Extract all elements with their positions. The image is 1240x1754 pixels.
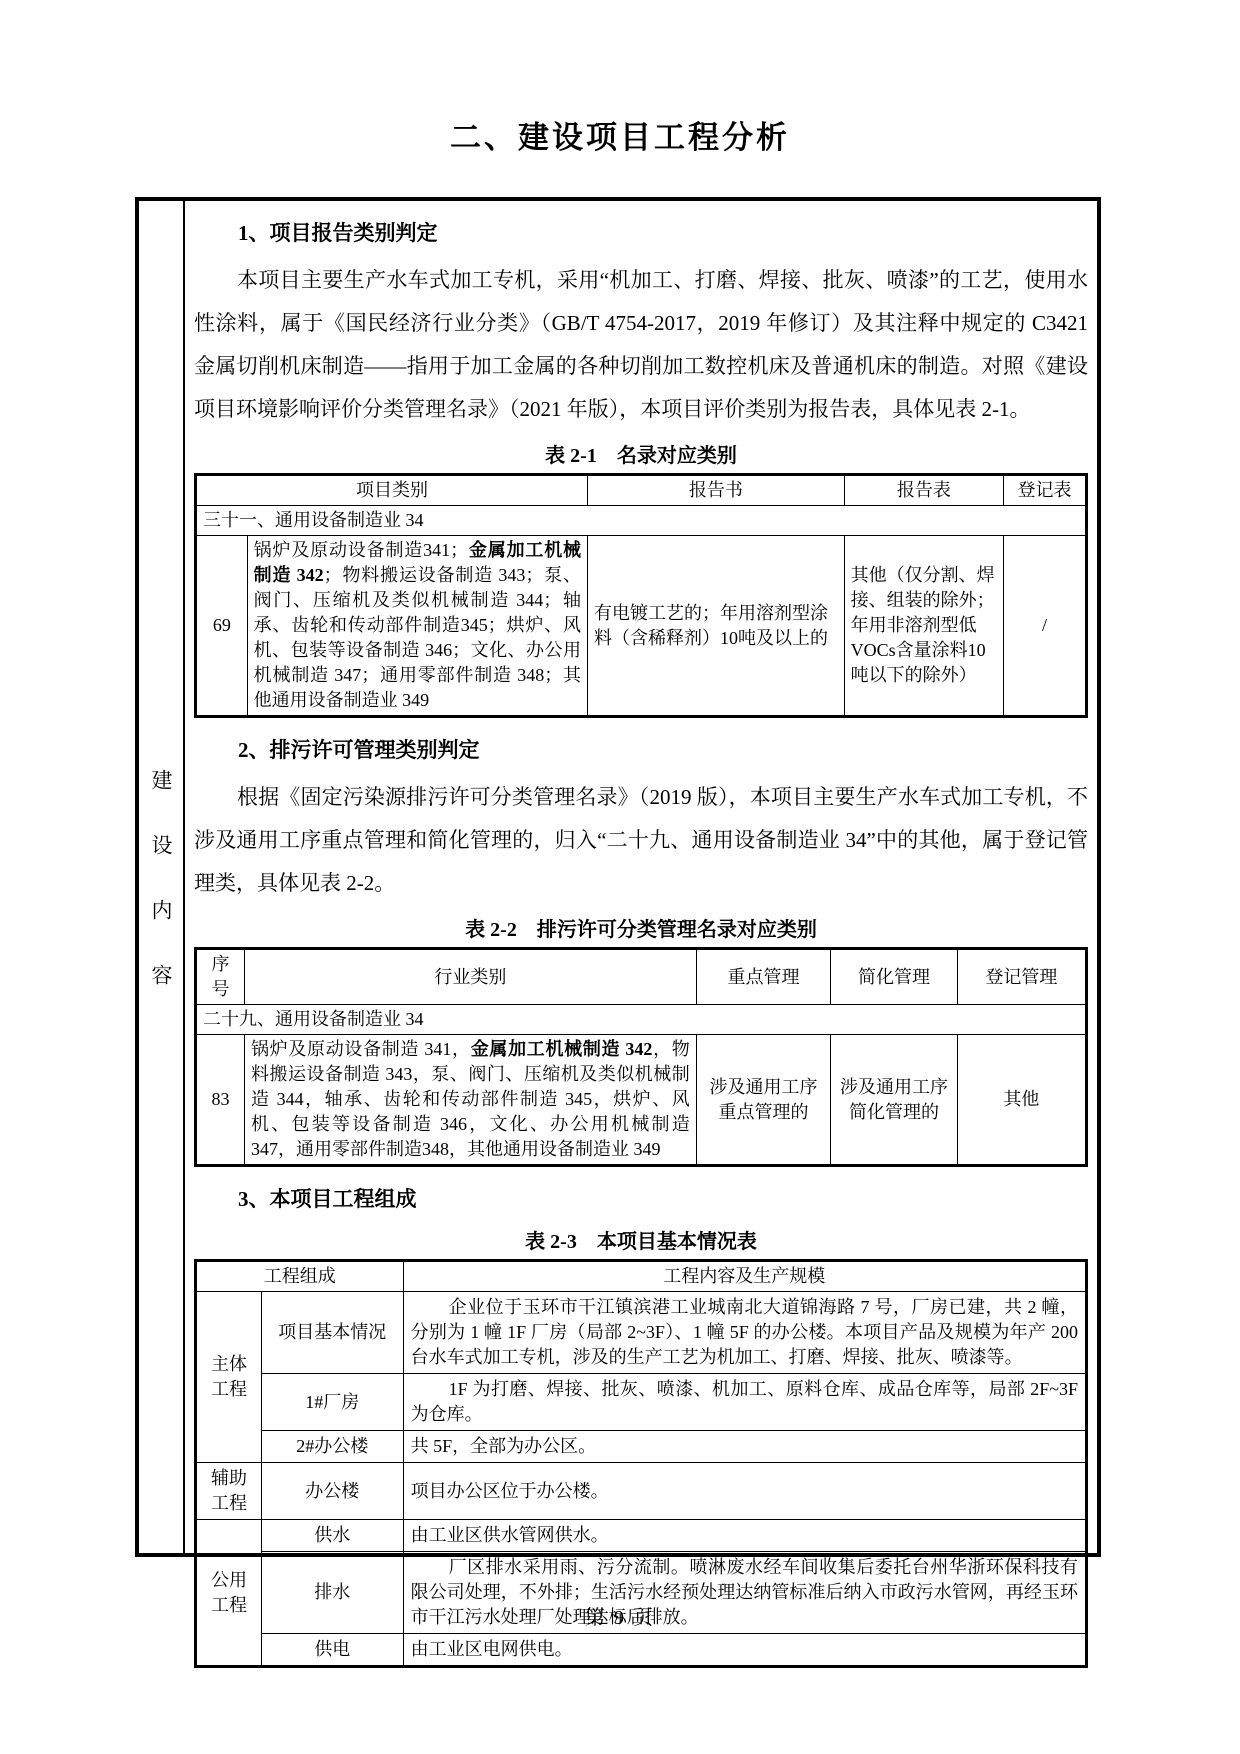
section3-heading: 3、本项目工程组成 — [194, 1183, 1088, 1213]
content-box: 建设内容 1、项目报告类别判定 本项目主要生产水车式加工专机，采用“机加工、打磨… — [135, 197, 1101, 1557]
sidebar-label: 建设内容 — [146, 769, 176, 1029]
document-page: 二、建设项目工程分析 建设内容 1、项目报告类别判定 本项目主要生产水车式加工专… — [0, 0, 1240, 1754]
table23-group-auxiliary-works: 辅助工程 — [196, 1463, 262, 1520]
section2-heading: 2、排污许可管理类别判定 — [194, 734, 1088, 764]
table23-label-office-2: 2#办公楼 — [261, 1431, 403, 1463]
table23-label-office: 办公楼 — [261, 1463, 403, 1520]
table23-header-content: 工程内容及生产规模 — [403, 1261, 1086, 1292]
table-row: 二十九、通用设备制造业 34 — [196, 1005, 1087, 1035]
section1-paragraph: 本项目主要生产水车式加工专机，采用“机加工、打磨、焊接、批灰、喷漆”的工艺，使用… — [194, 259, 1088, 431]
table21-header-report-book: 报告书 — [588, 475, 845, 506]
table22-header-key-mgmt: 重点管理 — [696, 949, 831, 1005]
sidebar-label-column: 建设内容 — [139, 201, 185, 1553]
page-title: 二、建设项目工程分析 — [0, 112, 1240, 157]
table-row: 三十一、通用设备制造业 34 — [196, 506, 1087, 536]
table21-row-registration-form: / — [1004, 536, 1087, 717]
table22-row-industry: 锅炉及原动设备制造 341，金属加工机械制造 342，物料搬运设备制造 343，… — [245, 1035, 697, 1166]
table22-row-key-mgmt: 涉及通用工序重点管理的 — [696, 1035, 831, 1166]
table23-content-power-supply: 由工业区电网供电。 — [403, 1634, 1086, 1667]
table-row: 83 锅炉及原动设备制造 341，金属加工机械制造 342，物料搬运设备制造 3… — [196, 1035, 1087, 1166]
table-row: 1#厂房 1F 为打磨、焊接、批灰、喷漆、机加工、原料仓库、成品仓库等，局部 2… — [196, 1374, 1087, 1431]
table-row: 2#办公楼 共 5F，全部为办公区。 — [196, 1431, 1087, 1463]
table21-header-category: 项目类别 — [196, 475, 588, 506]
table23-label-power-supply: 供电 — [261, 1634, 403, 1667]
table22-header-no: 序号 — [196, 949, 245, 1005]
section1-heading: 1、项目报告类别判定 — [194, 217, 1088, 247]
table23-content-office: 项目办公区位于办公楼。 — [403, 1463, 1086, 1520]
table23-header-composition: 工程组成 — [196, 1261, 404, 1292]
table22-caption: 表 2-2 排污许可分类管理名录对应类别 — [194, 913, 1088, 942]
table23-content-basic-info: 企业位于玉环市干江镇滨港工业城南北大道锦海路 7 号，厂房已建，共 2 幢，分别… — [403, 1292, 1086, 1374]
table-row: 供电 由工业区电网供电。 — [196, 1634, 1087, 1667]
table-row: 项目类别 报告书 报告表 登记表 — [196, 475, 1087, 506]
table-row: 69 锅炉及原动设备制造341；金属加工机械制造 342；物料搬运设备制造 34… — [196, 536, 1087, 717]
table23-content-factory-1: 1F 为打磨、焊接、批灰、喷漆、机加工、原料仓库、成品仓库等，局部 2F~3F … — [403, 1374, 1086, 1431]
table-2-2: 序号 行业类别 重点管理 简化管理 登记管理 二十九、通用设备制造业 34 83… — [194, 947, 1088, 1167]
table23-content-water-supply: 由工业区供水管网供水。 — [403, 1520, 1086, 1552]
table23-label-basic-info: 项目基本情况 — [261, 1292, 403, 1374]
table23-caption: 表 2-3 本项目基本情况表 — [194, 1225, 1088, 1254]
table22-row-registration-mgmt: 其他 — [957, 1035, 1086, 1166]
section2-paragraph: 根据《固定污染源排污许可分类管理名录》（2019 版），本项目主要生产水车式加工… — [194, 776, 1088, 905]
table22-industry-span: 二十九、通用设备制造业 34 — [196, 1005, 1087, 1035]
table22-header-registration-mgmt: 登记管理 — [957, 949, 1086, 1005]
table21-header-registration-form: 登记表 — [1004, 475, 1087, 506]
table23-group-main-works: 主体工程 — [196, 1292, 262, 1463]
table21-row-no: 69 — [196, 536, 248, 717]
table-row: 辅助工程 办公楼 项目办公区位于办公楼。 — [196, 1463, 1087, 1520]
table21-industry-span: 三十一、通用设备制造业 34 — [196, 506, 1087, 536]
table21-header-report-form: 报告表 — [844, 475, 1003, 506]
table-row: 工程组成 工程内容及生产规模 — [196, 1261, 1087, 1292]
table22-header-simplified-mgmt: 简化管理 — [831, 949, 958, 1005]
table22-header-industry: 行业类别 — [245, 949, 697, 1005]
table-row: 公用工程 供水 由工业区供水管网供水。 — [196, 1520, 1087, 1552]
table22-row-no: 83 — [196, 1035, 245, 1166]
table-row: 序号 行业类别 重点管理 简化管理 登记管理 — [196, 949, 1087, 1005]
main-content: 1、项目报告类别判定 本项目主要生产水车式加工专机，采用“机加工、打磨、焊接、批… — [185, 201, 1097, 1553]
table21-caption: 表 2-1 名录对应类别 — [194, 439, 1088, 468]
page-number: 第 9 页 — [0, 1601, 1240, 1630]
table21-row-category: 锅炉及原动设备制造341；金属加工机械制造 342；物料搬运设备制造 343；泵… — [247, 536, 587, 717]
table21-row-report-form: 其他（仅分割、焊接、组装的除外；年用非溶剂型低VOCs含量涂料10吨以下的除外） — [844, 536, 1003, 717]
table23-label-factory-1: 1#厂房 — [261, 1374, 403, 1431]
table23-label-water-supply: 供水 — [261, 1520, 403, 1552]
table21-row-report-book: 有电镀工艺的；年用溶剂型涂料（含稀释剂）10吨及以上的 — [588, 536, 845, 717]
table23-content-office-2: 共 5F，全部为办公区。 — [403, 1431, 1086, 1463]
table-2-1: 项目类别 报告书 报告表 登记表 三十一、通用设备制造业 34 69 锅炉及原动… — [194, 473, 1088, 718]
table23-group-utility-works: 公用工程 — [196, 1520, 262, 1667]
table-row: 主体工程 项目基本情况 企业位于玉环市干江镇滨港工业城南北大道锦海路 7 号，厂… — [196, 1292, 1087, 1374]
table22-row-simplified-mgmt: 涉及通用工序简化管理的 — [831, 1035, 958, 1166]
